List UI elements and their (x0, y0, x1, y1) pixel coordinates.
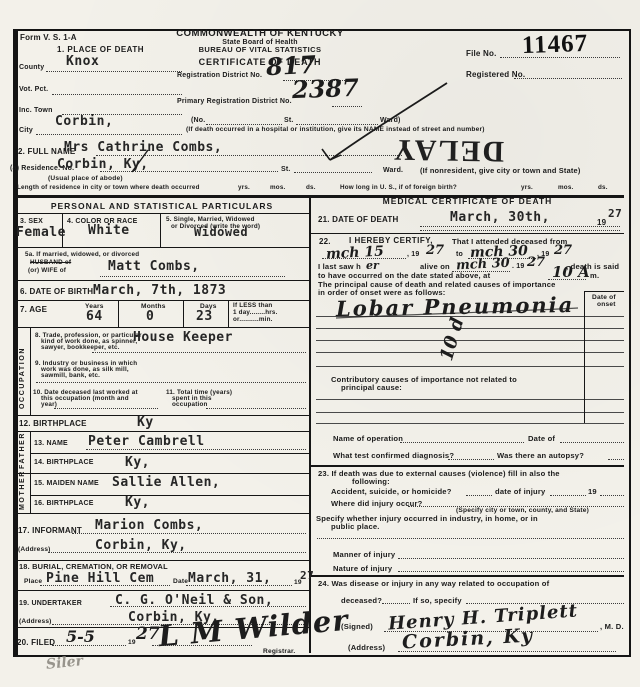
md-label: , M. D. (600, 623, 624, 632)
dod-year-value: 27 (608, 208, 622, 219)
inc-town-label: Inc. Town (19, 107, 53, 115)
rule (183, 300, 184, 327)
rule (14, 213, 310, 214)
bureau-title: BUREAU OF VITAL STATISTICS (175, 46, 345, 55)
full-name-value: Mrs Cathrine Combs, (64, 141, 222, 154)
county-value: Knox (66, 55, 99, 68)
mother-maiden-value: Sallie Allen, (112, 476, 220, 489)
rule (14, 431, 310, 432)
ruled-line (316, 352, 624, 353)
death-certificate-scan: Form V. S. 1-A 1. PLACE OF DEATH COMMONW… (0, 0, 640, 687)
ds-label: ds. (306, 184, 316, 191)
undertaker-address-label: (Address) (19, 618, 52, 626)
dotted-line (608, 459, 624, 460)
dotted-line (466, 495, 492, 496)
county-label: County (19, 64, 44, 72)
dotted-line (398, 558, 624, 559)
spouse-value: Matt Combs, (108, 260, 200, 273)
undertaker-label: 19. UNDERTAKER (19, 600, 82, 608)
accident-label: Accident, suicide, or homicide? (331, 488, 452, 497)
dotted-line (72, 533, 306, 534)
rule (311, 465, 624, 467)
ruled-line (316, 399, 624, 400)
file-no-label: File No. (466, 49, 497, 58)
dotted-line (100, 171, 278, 172)
filed-label: 20. FILED (17, 638, 55, 647)
yrs-label-2: yrs. (521, 184, 533, 191)
dotted-line (46, 71, 182, 72)
nonresident-note: (If nonresident, give city or town and S… (420, 167, 581, 176)
burial-date-value: March, 31, (188, 572, 271, 585)
father-name-value: Peter Cambrell (88, 435, 205, 448)
dob-label: 6. DATE OF BIRTH (20, 287, 93, 296)
mos-label-2: mos. (558, 184, 574, 191)
ds-label-2: ds. (598, 184, 608, 191)
dotted-line (514, 78, 622, 79)
rule (30, 453, 310, 454)
dotted-line (600, 495, 624, 496)
mos-label: mos. (270, 184, 286, 191)
address-label: (Address) (348, 644, 385, 653)
informant-value: Marion Combs, (95, 519, 203, 532)
filed-year-prefix: 19 (128, 639, 136, 647)
contributory-label-2: principal cause: (341, 384, 402, 393)
q24-line1: 24. Was disease or injury in any way rel… (318, 580, 549, 589)
dotted-line (36, 134, 182, 135)
from-year-prefix: , 19 (407, 251, 419, 259)
nature-of-injury-label: Nature of injury (333, 565, 392, 574)
age-years-value: 64 (86, 310, 103, 323)
date-of-label: Date of (528, 435, 555, 444)
column-divider (309, 197, 311, 653)
rule (14, 590, 310, 591)
injury-date-label: date of injury (495, 488, 545, 497)
dotted-line (550, 495, 586, 496)
dotted-line (40, 585, 170, 586)
dotted-line (206, 124, 282, 125)
occ9-label-3: sawmill, bank, etc. (41, 372, 100, 379)
stamped-file-number: 11467 (522, 30, 589, 60)
pencil-note: Siler (45, 653, 84, 673)
dotted-line (420, 226, 620, 227)
occupation-value: House Keeper (133, 331, 233, 344)
dotted-line (96, 155, 402, 156)
mother-vertical-label: MOTHER (19, 470, 26, 510)
rule (160, 213, 161, 247)
dotted-line (382, 603, 410, 604)
rule (228, 300, 229, 327)
dotted-line (52, 645, 126, 646)
last-saw-year-prefix: . 19 (512, 263, 524, 271)
dotted-line (420, 230, 620, 231)
yrs-label: yrs. (238, 184, 250, 191)
rule (14, 513, 310, 514)
filed-date-handwritten: 5-5 (66, 629, 95, 645)
registration-district-label: Registration District No. (177, 72, 262, 80)
where-injury-label: Where did injury occur? (331, 500, 423, 509)
dotted-line (52, 94, 182, 95)
father-name-label: 13. NAME (34, 440, 68, 448)
informant-address-value: Corbin, Ky, (95, 539, 187, 552)
father-vertical-label: FATHER (19, 432, 26, 469)
burial-place-value: Pine Hill Cem (46, 572, 154, 585)
no-label: (No. (191, 117, 205, 125)
test-label: What test confirmed diagnosis? (333, 452, 454, 461)
injury-year: 19 (588, 488, 597, 497)
operation-label: Name of operation (333, 435, 403, 444)
residence-st-label: St. (281, 166, 291, 174)
dotted-line (86, 449, 306, 450)
manner-of-injury-label: Manner of injury (333, 551, 395, 560)
mother-birthplace-value: Ky, (125, 496, 150, 509)
rule (118, 300, 119, 327)
occ11-label-3: occupation (172, 401, 208, 408)
husband-label-struck: HUSBAND of (30, 259, 71, 266)
autopsy-label: Was there an autopsy? (497, 452, 584, 461)
occ8-label-3: sawyer, bookkeeper, etc. (41, 344, 120, 351)
date-of-death-label: 21. DATE OF DEATH (318, 215, 398, 224)
ruled-line (316, 423, 624, 424)
father-birthplace-value: Ky, (125, 456, 150, 469)
ruled-line (316, 340, 624, 341)
mother-birthplace-label: 16. BIRTHPLACE (34, 500, 94, 508)
date-of-onset-label-2: onset (597, 301, 616, 309)
spouse-note: 5a. If married, widowed, or divorced (25, 251, 139, 258)
father-birthplace-label: 14. BIRTHPLACE (34, 459, 94, 467)
dotted-line (48, 552, 306, 553)
dotted-line (332, 106, 362, 107)
dotted-line (322, 258, 406, 259)
dotted-line (294, 172, 372, 173)
residence-value: Corbin, Ky, (57, 158, 149, 171)
ruled-line (316, 328, 624, 329)
sex-value: Female (16, 226, 66, 239)
dod-year-prefix: 19 (597, 218, 606, 227)
ruled-line (316, 366, 624, 367)
rule (30, 495, 310, 496)
rule (311, 575, 624, 577)
city-label: City (19, 127, 33, 135)
dotted-line (54, 408, 158, 409)
color-race-value: White (88, 224, 130, 237)
dotted-line (560, 442, 624, 443)
st-label: St. (284, 117, 294, 125)
dotted-line (186, 585, 292, 586)
rule (30, 431, 31, 513)
primary-district-label: Primary Registration District No. (177, 98, 292, 106)
date-of-death-value: March, 30th, (450, 211, 550, 224)
ruled-line (316, 412, 624, 413)
age-label: 7. AGE (20, 305, 47, 314)
form-number: Form V. S. 1-A (20, 33, 77, 42)
dotted-line (110, 606, 306, 607)
signed-label: (Signed) (341, 623, 373, 632)
ward-label: Ward) (380, 117, 401, 125)
from-year-handwritten: 27 (426, 244, 444, 257)
to-year-handwritten: 27 (554, 244, 572, 257)
time-handwritten: 10 A (552, 265, 590, 280)
foreign-birth-note: How long in U. S., if of foreign birth? (340, 184, 457, 191)
city-value: Corbin, (55, 115, 113, 128)
primary-district-value-handwritten: 2387 (292, 76, 360, 102)
delay-stamp: DELAY (386, 132, 511, 168)
rule (14, 327, 310, 328)
q23-line2: following: (352, 478, 390, 487)
residence-ward-label: Ward. (383, 167, 403, 175)
q24-deceased-label: deceased? (341, 597, 382, 606)
rule (14, 280, 310, 281)
vot-pct-label: Vot. Pct. (19, 86, 48, 94)
mother-maiden-label: 15. MAIDEN NAME (34, 480, 99, 488)
rule (14, 247, 310, 248)
abode-note: (Usual place of abode) (48, 175, 123, 183)
last-saw-handwritten: er (366, 260, 379, 271)
age-days-value: 23 (196, 310, 213, 323)
place-of-death-label: 1. PLACE OF DEATH (57, 45, 144, 54)
age-months-value: 0 (146, 310, 154, 323)
dotted-line (398, 571, 624, 572)
last-saw-year-handwritten: 27 (527, 256, 545, 269)
occupation-vertical-label: OCCUPATION (19, 347, 26, 409)
dotted-line (206, 408, 306, 409)
filed-year-handwritten: 27 (136, 626, 160, 643)
birthplace-value: Ky (137, 416, 154, 429)
dotted-line (100, 276, 285, 277)
onset-column-divider (584, 291, 585, 423)
wife-label: (or) WIFE of (28, 267, 66, 274)
dotted-line (92, 352, 306, 353)
certify-number: 22. (319, 237, 331, 246)
birthplace-label: 12. BIRTHPLACE (19, 419, 87, 428)
dotted-line (36, 382, 306, 383)
dotted-line (296, 124, 378, 125)
medical-section-title: MEDICAL CERTIFICATE OF DEATH (311, 197, 624, 207)
dotted-line (500, 57, 620, 58)
dotted-line (400, 442, 524, 443)
dotted-line (448, 459, 494, 460)
length-of-residence-note: Length of residence in city or town wher… (17, 184, 200, 191)
rule (584, 291, 624, 292)
informant-address-label: (Address) (18, 546, 51, 554)
registrar-label: Registrar. (263, 648, 295, 656)
marital-value: Widowed (194, 226, 248, 238)
m-label: m. (590, 272, 599, 281)
specify-whether-line2: public place. (331, 523, 380, 532)
rule (30, 327, 31, 415)
rule (311, 233, 624, 234)
less-than-label-3: or..........min. (233, 316, 273, 323)
certificate-title: CERTIFICATE OF DEATH (175, 57, 345, 67)
dob-value: March, 7th, 1873 (93, 284, 226, 297)
personal-section-title: PERSONAL AND STATISTICAL PARTICULARS (14, 202, 310, 212)
cause-of-death-handwritten: Lobar Pneumonia (336, 294, 575, 319)
q24-ifso-label: If so, specify (413, 597, 462, 606)
dotted-line (317, 538, 624, 539)
rule (14, 415, 310, 416)
